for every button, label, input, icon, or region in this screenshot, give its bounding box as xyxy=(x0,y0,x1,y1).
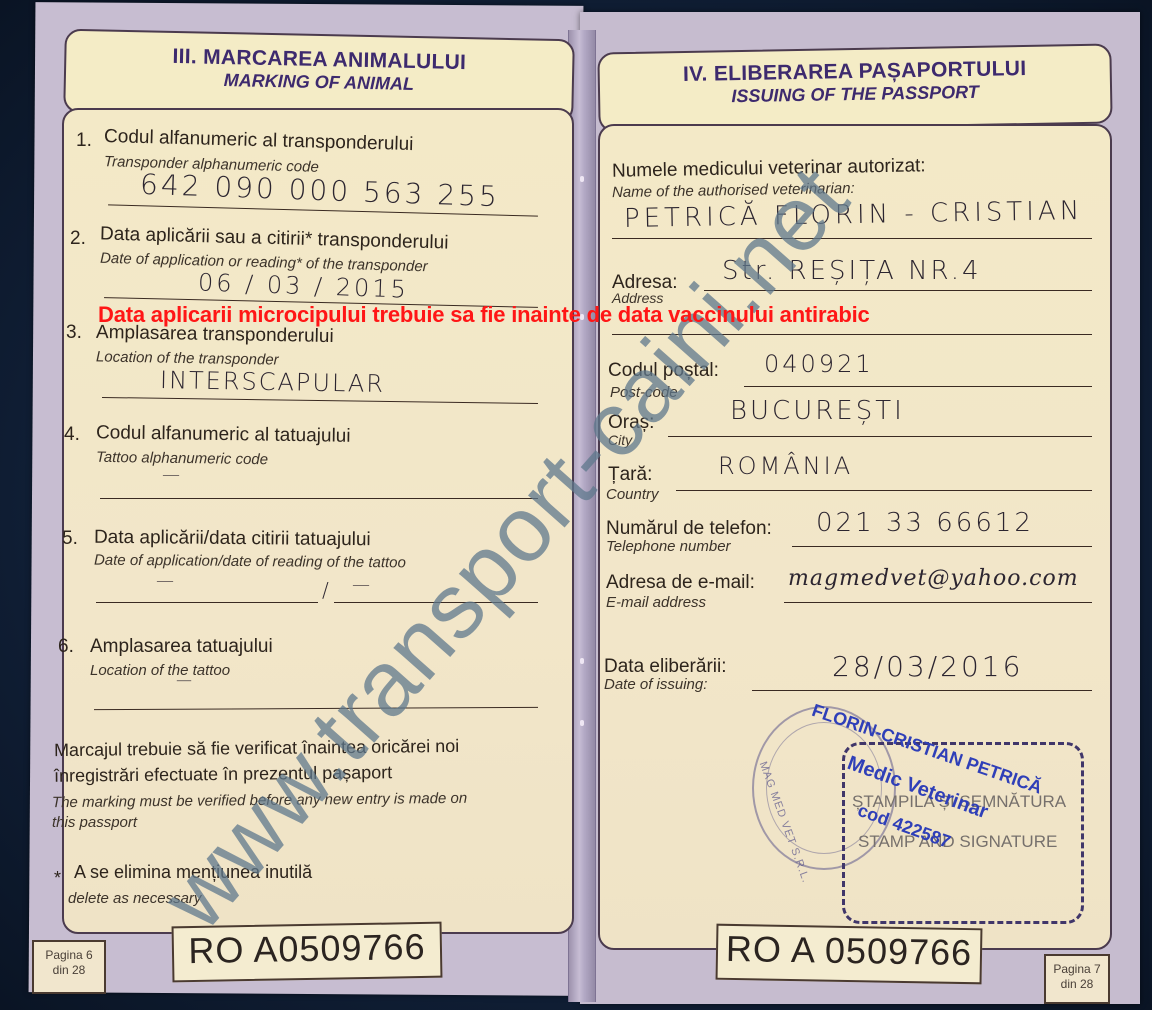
tattoo-location-label: Amplasarea tatuajului xyxy=(90,636,273,658)
tattoo-code-value: — xyxy=(162,464,183,485)
field-number: 2. xyxy=(70,228,86,250)
issue-date-label-en: Date of issuing: xyxy=(604,676,707,693)
transponder-location-value: INTERSCAPULAR xyxy=(160,366,385,398)
telephone-value: 021 33 66612 xyxy=(816,508,1034,538)
staple xyxy=(580,658,584,664)
staple xyxy=(580,176,584,182)
footnote-star: * xyxy=(54,868,61,889)
signature-label-en: STAMP AND SIGNATURE xyxy=(858,832,1057,852)
field-underline xyxy=(100,498,538,499)
field-number: 4. xyxy=(64,424,80,446)
issue-date-value: 28/03/2016 xyxy=(832,650,1023,683)
email-label: Adresa de e-mail: xyxy=(606,572,755,594)
telephone-label: Numărul de telefon: xyxy=(606,518,772,540)
page-number-box: Pagina 6 din 28 xyxy=(32,940,106,994)
field-underline xyxy=(676,490,1092,491)
page-number-box: Pagina 7 din 28 xyxy=(1044,954,1110,1004)
field-underline xyxy=(744,386,1092,387)
right-section-header: IV. ELIBERAREA PAȘAPORTULUI ISSUING OF T… xyxy=(597,44,1112,133)
postcode-value: 040921 xyxy=(764,350,874,378)
field-number: 5. xyxy=(62,528,78,550)
tattoo-date-label: Data aplicării/data citirii tatuajului xyxy=(94,527,371,551)
tattoo-location-value: — xyxy=(176,670,195,689)
red-annotation-note: Data aplicarii microcipului trebuie sa f… xyxy=(98,302,870,328)
issue-date-label: Data eliberării: xyxy=(604,656,727,678)
staple xyxy=(580,720,584,726)
page-total: din 28 xyxy=(34,963,104,978)
city-value: BUCUREȘTI xyxy=(730,396,905,426)
field-number: 6. xyxy=(58,636,74,658)
page-total: din 28 xyxy=(1046,977,1108,992)
date-separator: / xyxy=(322,578,329,602)
page-number: Pagina 6 xyxy=(34,948,104,963)
passport-serial-number: RO A 0509766 xyxy=(716,924,983,985)
field-underline xyxy=(792,546,1092,547)
field-underline xyxy=(668,436,1092,437)
field-underline xyxy=(96,602,318,603)
telephone-label-en: Telephone number xyxy=(606,538,731,555)
email-value: magmedvet@yahoo.com xyxy=(788,566,1079,591)
tattoo-date-value-a: — xyxy=(156,570,177,591)
marking-notice-en-2: this passport xyxy=(52,814,137,831)
field-number: 3. xyxy=(66,322,82,344)
email-label-en: E-mail address xyxy=(606,594,706,611)
tattoo-location-label-en: Location of the tattoo xyxy=(90,662,230,679)
country-value: ROMÂNIA xyxy=(718,452,853,480)
field-number: 1. xyxy=(76,130,92,152)
tattoo-date-label-en: Date of application/date of reading of t… xyxy=(94,552,406,572)
field-underline xyxy=(784,602,1092,603)
tattoo-code-label: Codul alfanumeric al tatuajului xyxy=(96,422,351,448)
field-underline xyxy=(612,238,1092,239)
tattoo-date-value-b: — xyxy=(352,574,373,595)
field-underline xyxy=(752,690,1092,691)
page-number: Pagina 7 xyxy=(1046,962,1108,977)
